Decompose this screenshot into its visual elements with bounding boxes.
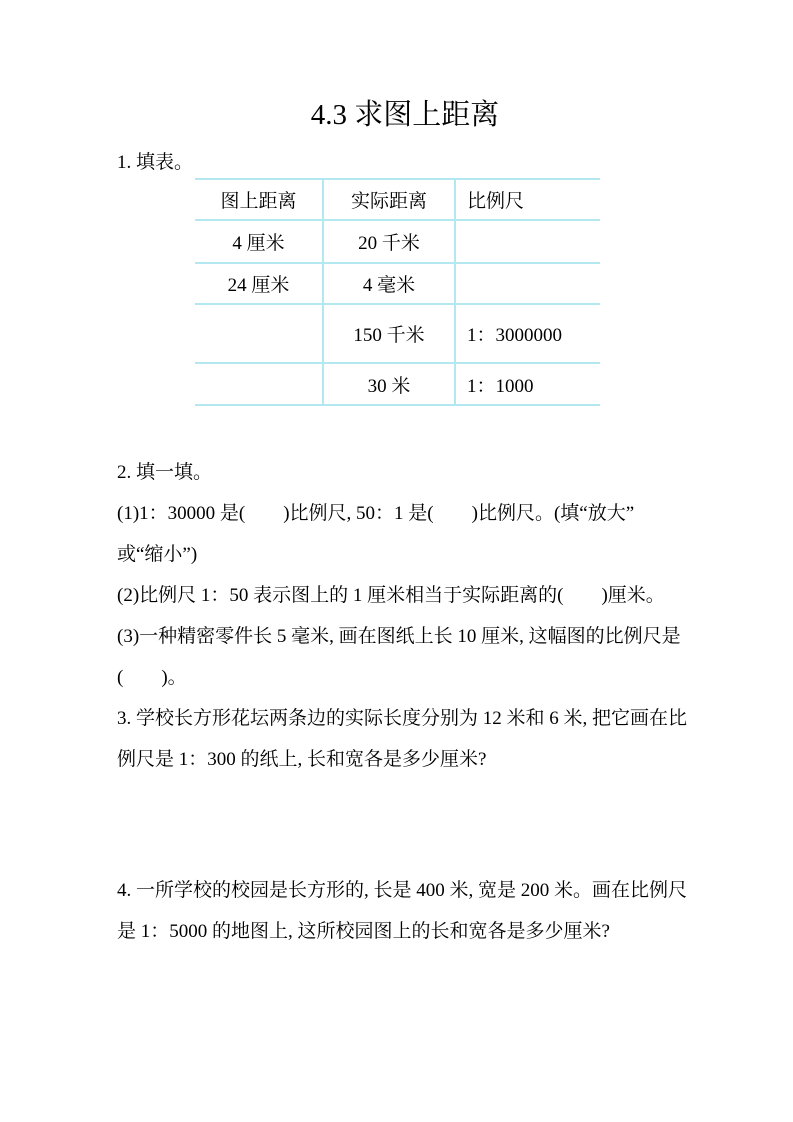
table-cell: 1：1000	[455, 363, 600, 405]
text-line: (3)一种精密零件长 5 毫米, 画在图纸上长 10 厘米, 这幅图的比例尺是	[117, 616, 693, 657]
question-4: 4. 一所学校的校园是长方形的, 长是 400 米, 宽是 200 米。画在比例…	[117, 870, 693, 952]
table-header-cell: 实际距离	[323, 179, 455, 220]
table-cell	[195, 363, 323, 405]
table-cell: 4 毫米	[323, 263, 455, 304]
table-row: 4 厘米 20 千米	[195, 220, 600, 263]
text-line: 是 1：5000 的地图上, 这所校园图上的长和宽各是多少厘米?	[117, 911, 693, 952]
table-header-cell: 比例尺	[455, 179, 600, 220]
question-3: 3. 学校长方形花坛两条边的实际长度分别为 12 米和 6 米, 把它画在比 例…	[117, 698, 693, 780]
question-2: 2. 填一填。 (1)1：30000 是( )比例尺, 50：1 是( )比例尺…	[117, 452, 693, 698]
fill-in-table: 图上距离 实际距离 比例尺 4 厘米 20 千米 24 厘米 4 毫米 150 …	[195, 178, 600, 406]
worksheet-content: 4.3 求图上距离 1. 填表。 图上距离 实际距离 比例尺 4 厘米 20 千…	[0, 0, 793, 952]
page-title: 4.3 求图上距离	[117, 0, 693, 134]
table-cell: 150 千米	[323, 304, 455, 363]
worksheet-page: 4.3 求图上距离 1. 填表。 图上距离 实际距离 比例尺 4 厘米 20 千…	[0, 0, 793, 1122]
table-cell	[455, 220, 600, 263]
table-cell	[455, 263, 600, 304]
table-row: 150 千米 1：3000000	[195, 304, 600, 363]
table-header-row: 图上距离 实际距离 比例尺	[195, 179, 600, 220]
table-cell: 30 米	[323, 363, 455, 405]
question-2-label: 2. 填一填。	[117, 452, 693, 493]
text-line: ( )。	[117, 657, 693, 698]
text-line: 4. 一所学校的校园是长方形的, 长是 400 米, 宽是 200 米。画在比例…	[117, 870, 693, 911]
table-row: 30 米 1：1000	[195, 363, 600, 405]
table-header-cell: 图上距离	[195, 179, 323, 220]
text-line: 3. 学校长方形花坛两条边的实际长度分别为 12 米和 6 米, 把它画在比	[117, 698, 693, 739]
text-line: (2)比例尺 1：50 表示图上的 1 厘米相当于实际距离的( )厘米。	[117, 575, 693, 616]
table-cell: 1：3000000	[455, 304, 600, 363]
table-cell: 20 千米	[323, 220, 455, 263]
table-row: 24 厘米 4 毫米	[195, 263, 600, 304]
text-line: 例尺是 1：300 的纸上, 长和宽各是多少厘米?	[117, 739, 693, 780]
table-cell: 4 厘米	[195, 220, 323, 263]
table-cell	[195, 304, 323, 363]
text-line: 或“缩小”)	[117, 534, 693, 575]
question-1-label: 1. 填表。	[117, 148, 693, 178]
table-cell: 24 厘米	[195, 263, 323, 304]
text-line: (1)1：30000 是( )比例尺, 50：1 是( )比例尺。(填“放大”	[117, 493, 693, 534]
